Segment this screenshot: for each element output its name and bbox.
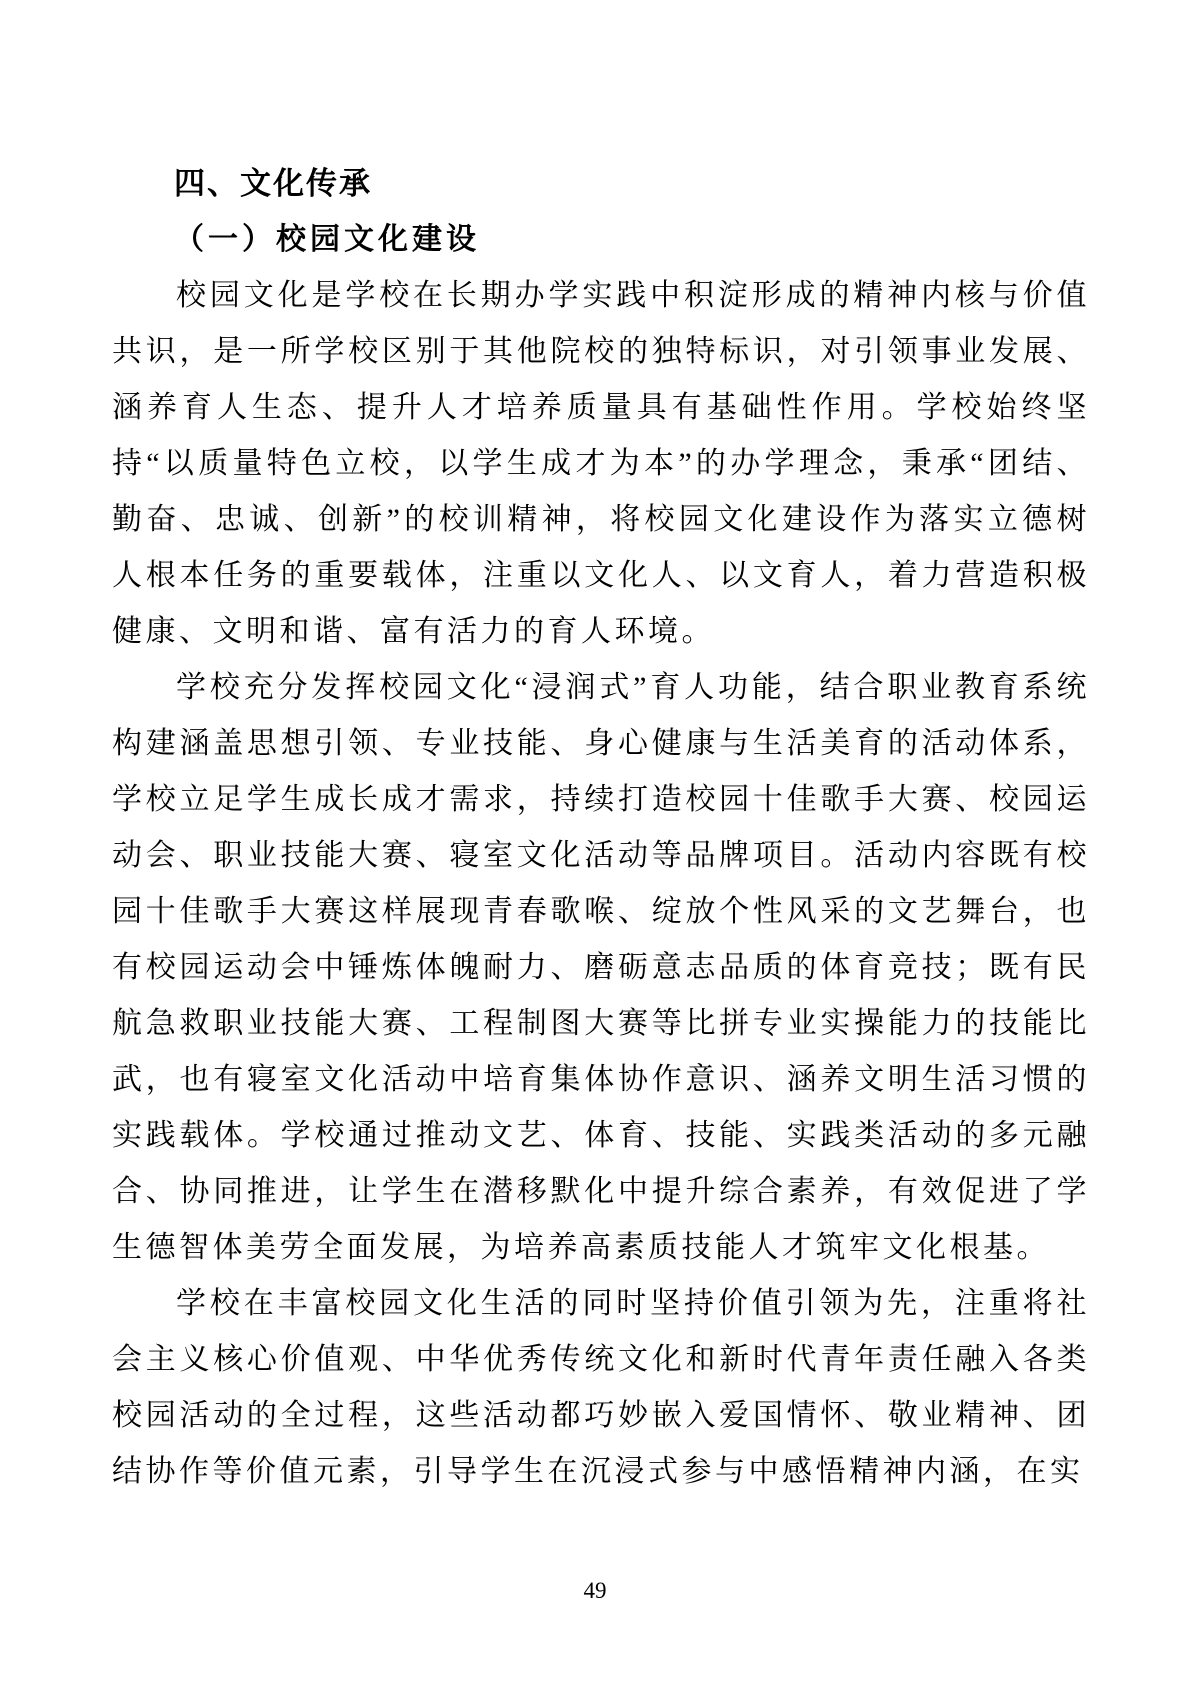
document-content: 四、文化传承 （一）校园文化建设 校园文化是学校在长期办学实践中积淀形成的精神内… (112, 156, 1090, 1500)
paragraph-2: 学校充分发挥校园文化“浸润式”育人功能，结合职业教育系统构建涵盖思想引领、专业技… (112, 660, 1090, 1276)
document-page: 四、文化传承 （一）校园文化建设 校园文化是学校在长期办学实践中积淀形成的精神内… (0, 0, 1190, 1683)
subsection-heading: （一）校园文化建设 (112, 212, 1090, 268)
paragraph-3: 学校在丰富校园文化生活的同时坚持价值引领为先，注重将社会主义核心价值观、中华优秀… (112, 1276, 1090, 1500)
paragraph-1: 校园文化是学校在长期办学实践中积淀形成的精神内核与价值共识，是一所学校区别于其他… (112, 268, 1090, 660)
section-heading: 四、文化传承 (112, 156, 1090, 212)
page-number: 49 (0, 1576, 1190, 1606)
